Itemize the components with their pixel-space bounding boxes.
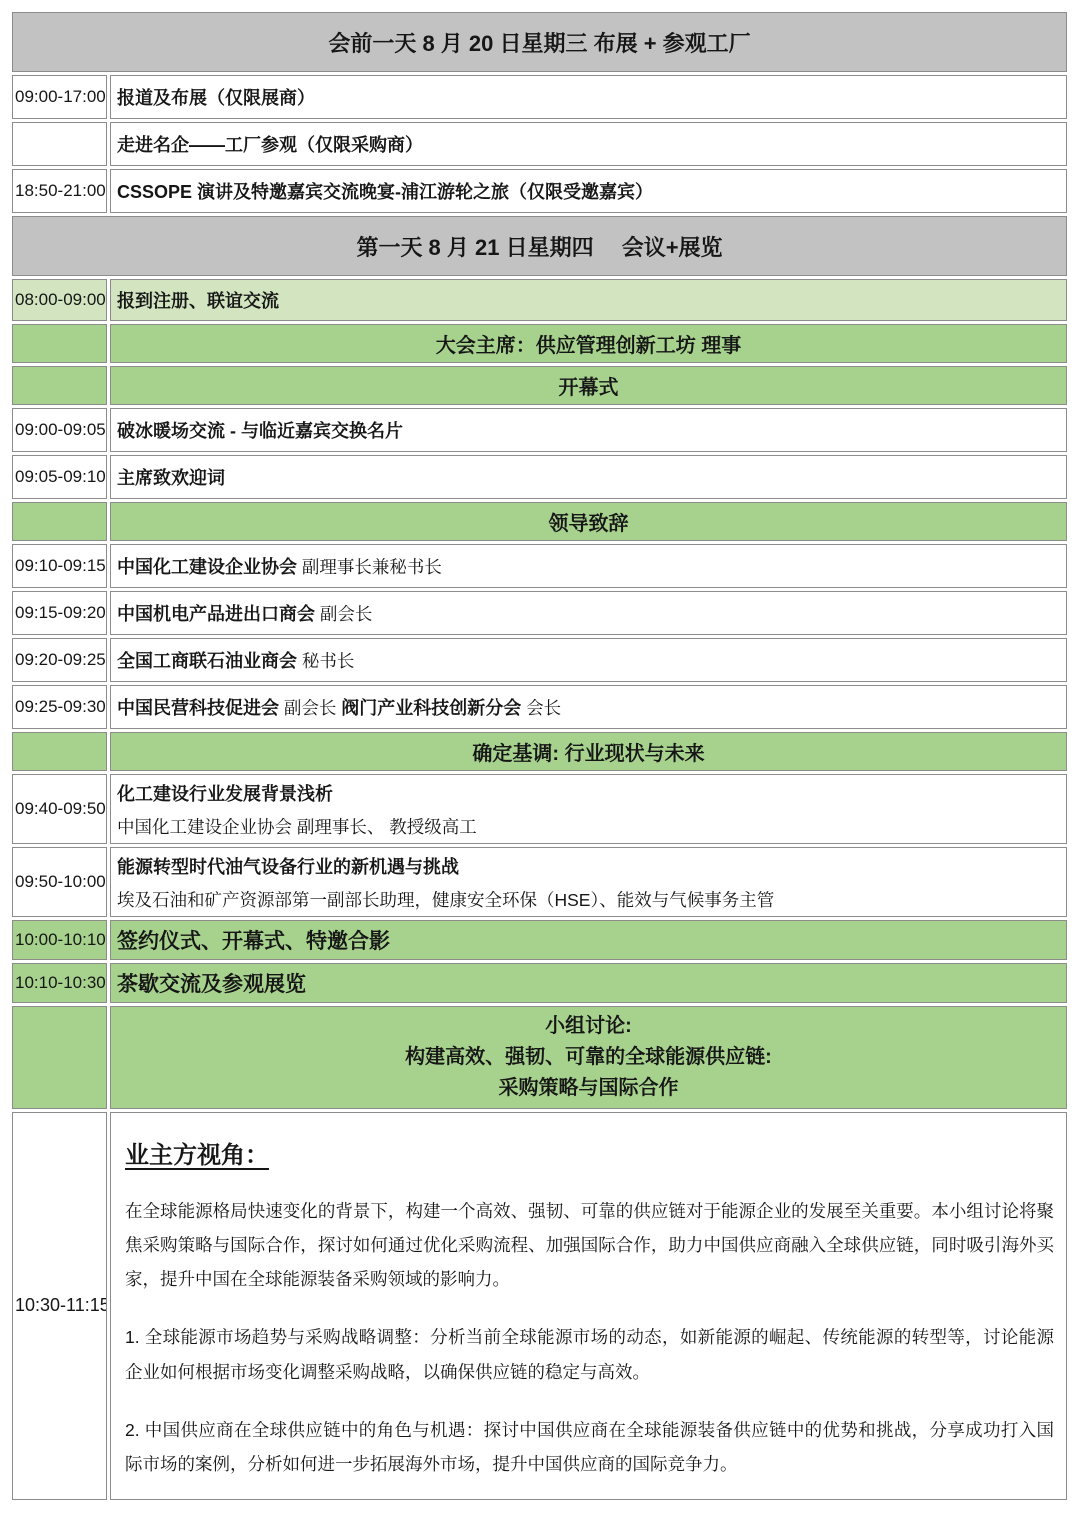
time-cell — [12, 732, 107, 771]
time-cell — [12, 366, 107, 405]
schedule-row: 确定基调: 行业现状与未来 — [12, 732, 1067, 771]
text-segment: CSSOPE 演讲及特邀嘉宾交流晚宴-浦江游轮之旅（仅限受邀嘉宾） — [117, 182, 653, 202]
schedule-row: 第一天 8 月 21 日星期四 会议+展览 — [12, 216, 1067, 276]
text-segment: 秘书长 — [297, 651, 354, 671]
session-cell: 主席致欢迎词 — [110, 455, 1067, 499]
panel-paragraph: 1. 全球能源市场趋势与采购战略调整：分析当前全球能源市场的动态，如新能源的崛起… — [125, 1320, 1054, 1388]
session-title-line: 小组讨论: — [117, 1011, 1060, 1042]
time-cell: 09:20-09:25 — [12, 638, 107, 682]
day-header-cell: 第一天 8 月 21 日星期四 会议+展览 — [12, 216, 1067, 276]
session-title-line: 领导致辞 — [117, 507, 1060, 536]
session-cell: 破冰暖场交流 - 与临近嘉宾交换名片 — [110, 408, 1067, 452]
text-segment: 报到注册、联谊交流 — [117, 291, 279, 311]
text-segment: 副会长 — [279, 698, 341, 718]
panel-heading: 业主方视角： — [125, 1135, 1054, 1170]
session-cell: 中国化工建设企业协会 副理事长兼秘书长 — [110, 544, 1067, 588]
session-cell: 全国工商联石油业商会 秘书长 — [110, 638, 1067, 682]
time-cell: 10:30-11:15 — [12, 1112, 107, 1500]
schedule-row: 大会主席：供应管理创新工坊 理事 — [12, 324, 1067, 363]
text-segment: 阀门产业科技创新分会 — [341, 698, 521, 718]
session-title-line: 开幕式 — [117, 371, 1060, 400]
text-segment: 签约仪式、开幕式、特邀合影 — [117, 930, 390, 953]
time-cell: 09:50-10:00 — [12, 847, 107, 917]
session-title-line: 确定基调: 行业现状与未来 — [117, 737, 1060, 766]
time-cell: 09:40-09:50 — [12, 774, 107, 844]
session-speaker: 中国化工建设企业协会 副理事长、 教授级高工 — [117, 814, 1060, 839]
session-cell: 开幕式 — [110, 366, 1067, 405]
schedule-row: 10:30-11:15业主方视角： 在全球能源格局快速变化的背景下，构建一个高效… — [12, 1112, 1067, 1500]
schedule-row: 领导致辞 — [12, 502, 1067, 541]
text-segment: 全国工商联石油业商会 — [117, 651, 297, 671]
panel-paragraph: 在全球能源格局快速变化的背景下，构建一个高效、强韧、可靠的供应链对于能源企业的发… — [125, 1194, 1054, 1296]
session-speaker: 埃及石油和矿产资源部第一副部长助理，健康安全环保（HSE）、能效与气候事务主管 — [117, 887, 1060, 912]
session-cell: 化工建设行业发展背景浅析中国化工建设企业协会 副理事长、 教授级高工 — [110, 774, 1067, 844]
schedule-row: 09:25-09:30中国民营科技促进会 副会长 阀门产业科技创新分会 会长 — [12, 685, 1067, 729]
schedule-row: 10:10-10:30茶歇交流及参观展览 — [12, 963, 1067, 1003]
session-title-line: 大会主席：供应管理创新工坊 理事 — [117, 329, 1060, 358]
schedule-row: 18:50-21:00CSSOPE 演讲及特邀嘉宾交流晚宴-浦江游轮之旅（仅限受… — [12, 169, 1067, 213]
text-segment: 中国民营科技促进会 — [117, 698, 279, 718]
text-segment: 会长 — [521, 698, 561, 718]
text-segment: 副会长 — [315, 604, 372, 624]
time-cell: 18:50-21:00 — [12, 169, 107, 213]
session-title: 能源转型时代油气设备行业的新机遇与挑战 — [117, 853, 1060, 879]
schedule-table-body: 会前一天 8 月 20 日星期三 布展 + 参观工厂09:00-17:00报道及… — [12, 12, 1067, 1500]
session-cell: 小组讨论:构建高效、强韧、可靠的全球能源供应链:采购策略与国际合作 — [110, 1006, 1067, 1109]
schedule-row: 09:00-09:05破冰暖场交流 - 与临近嘉宾交换名片 — [12, 408, 1067, 452]
schedule-row: 走进名企——工厂参观（仅限采购商） — [12, 122, 1067, 166]
schedule-row: 开幕式 — [12, 366, 1067, 405]
schedule-table: 会前一天 8 月 20 日星期三 布展 + 参观工厂09:00-17:00报道及… — [9, 9, 1070, 1503]
session-detail-cell: 业主方视角： 在全球能源格局快速变化的背景下，构建一个高效、强韧、可靠的供应链对… — [110, 1112, 1067, 1500]
session-cell: 领导致辞 — [110, 502, 1067, 541]
agenda-page: 会前一天 8 月 20 日星期三 布展 + 参观工厂09:00-17:00报道及… — [0, 0, 1080, 1515]
time-cell — [12, 324, 107, 363]
time-cell: 09:25-09:30 — [12, 685, 107, 729]
schedule-row: 会前一天 8 月 20 日星期三 布展 + 参观工厂 — [12, 12, 1067, 72]
text-segment: 中国化工建设企业协会 — [117, 557, 297, 577]
time-cell: 09:05-09:10 — [12, 455, 107, 499]
session-cell: 大会主席：供应管理创新工坊 理事 — [110, 324, 1067, 363]
text-segment: 走进名企——工厂参观（仅限采购商） — [117, 135, 423, 155]
session-cell: 报道及布展（仅限展商） — [110, 75, 1067, 119]
text-segment: 中国机电产品进出口商会 — [117, 604, 315, 624]
session-cell: 中国机电产品进出口商会 副会长 — [110, 591, 1067, 635]
schedule-row: 小组讨论:构建高效、强韧、可靠的全球能源供应链:采购策略与国际合作 — [12, 1006, 1067, 1109]
time-cell — [12, 502, 107, 541]
time-cell: 08:00-09:00 — [12, 279, 107, 321]
session-cell: CSSOPE 演讲及特邀嘉宾交流晚宴-浦江游轮之旅（仅限受邀嘉宾） — [110, 169, 1067, 213]
time-cell — [12, 122, 107, 166]
session-cell: 报到注册、联谊交流 — [110, 279, 1067, 321]
schedule-row: 09:50-10:00能源转型时代油气设备行业的新机遇与挑战埃及石油和矿产资源部… — [12, 847, 1067, 917]
schedule-row: 09:15-09:20中国机电产品进出口商会 副会长 — [12, 591, 1067, 635]
session-cell: 签约仪式、开幕式、特邀合影 — [110, 920, 1067, 960]
day-header-cell: 会前一天 8 月 20 日星期三 布展 + 参观工厂 — [12, 12, 1067, 72]
text-segment: 报道及布展（仅限展商） — [117, 88, 315, 108]
session-cell: 中国民营科技促进会 副会长 阀门产业科技创新分会 会长 — [110, 685, 1067, 729]
text-segment: 副理事长兼秘书长 — [297, 557, 442, 577]
time-cell: 10:00-10:10 — [12, 920, 107, 960]
schedule-row: 10:00-10:10签约仪式、开幕式、特邀合影 — [12, 920, 1067, 960]
session-title-line: 采购策略与国际合作 — [117, 1073, 1060, 1104]
session-cell: 确定基调: 行业现状与未来 — [110, 732, 1067, 771]
time-cell: 09:10-09:15 — [12, 544, 107, 588]
session-cell: 走进名企——工厂参观（仅限采购商） — [110, 122, 1067, 166]
session-title: 化工建设行业发展背景浅析 — [117, 780, 1060, 806]
time-cell: 09:15-09:20 — [12, 591, 107, 635]
schedule-row: 09:20-09:25全国工商联石油业商会 秘书长 — [12, 638, 1067, 682]
time-cell: 09:00-09:05 — [12, 408, 107, 452]
time-cell — [12, 1006, 107, 1109]
schedule-row: 08:00-09:00报到注册、联谊交流 — [12, 279, 1067, 321]
schedule-row: 09:10-09:15中国化工建设企业协会 副理事长兼秘书长 — [12, 544, 1067, 588]
time-cell: 10:10-10:30 — [12, 963, 107, 1003]
session-title-line: 构建高效、强韧、可靠的全球能源供应链: — [117, 1042, 1060, 1073]
time-cell: 09:00-17:00 — [12, 75, 107, 119]
schedule-row: 09:00-17:00报道及布展（仅限展商） — [12, 75, 1067, 119]
text-segment: 主席致欢迎词 — [117, 468, 225, 488]
schedule-row: 09:05-09:10主席致欢迎词 — [12, 455, 1067, 499]
text-segment: 破冰暖场交流 - 与临近嘉宾交换名片 — [117, 421, 403, 441]
schedule-row: 09:40-09:50化工建设行业发展背景浅析中国化工建设企业协会 副理事长、 … — [12, 774, 1067, 844]
session-cell: 能源转型时代油气设备行业的新机遇与挑战埃及石油和矿产资源部第一副部长助理，健康安… — [110, 847, 1067, 917]
panel-paragraph: 2. 中国供应商在全球供应链中的角色与机遇：探讨中国供应商在全球能源装备供应链中… — [125, 1413, 1054, 1481]
text-segment: 茶歇交流及参观展览 — [117, 973, 306, 996]
session-cell: 茶歇交流及参观展览 — [110, 963, 1067, 1003]
